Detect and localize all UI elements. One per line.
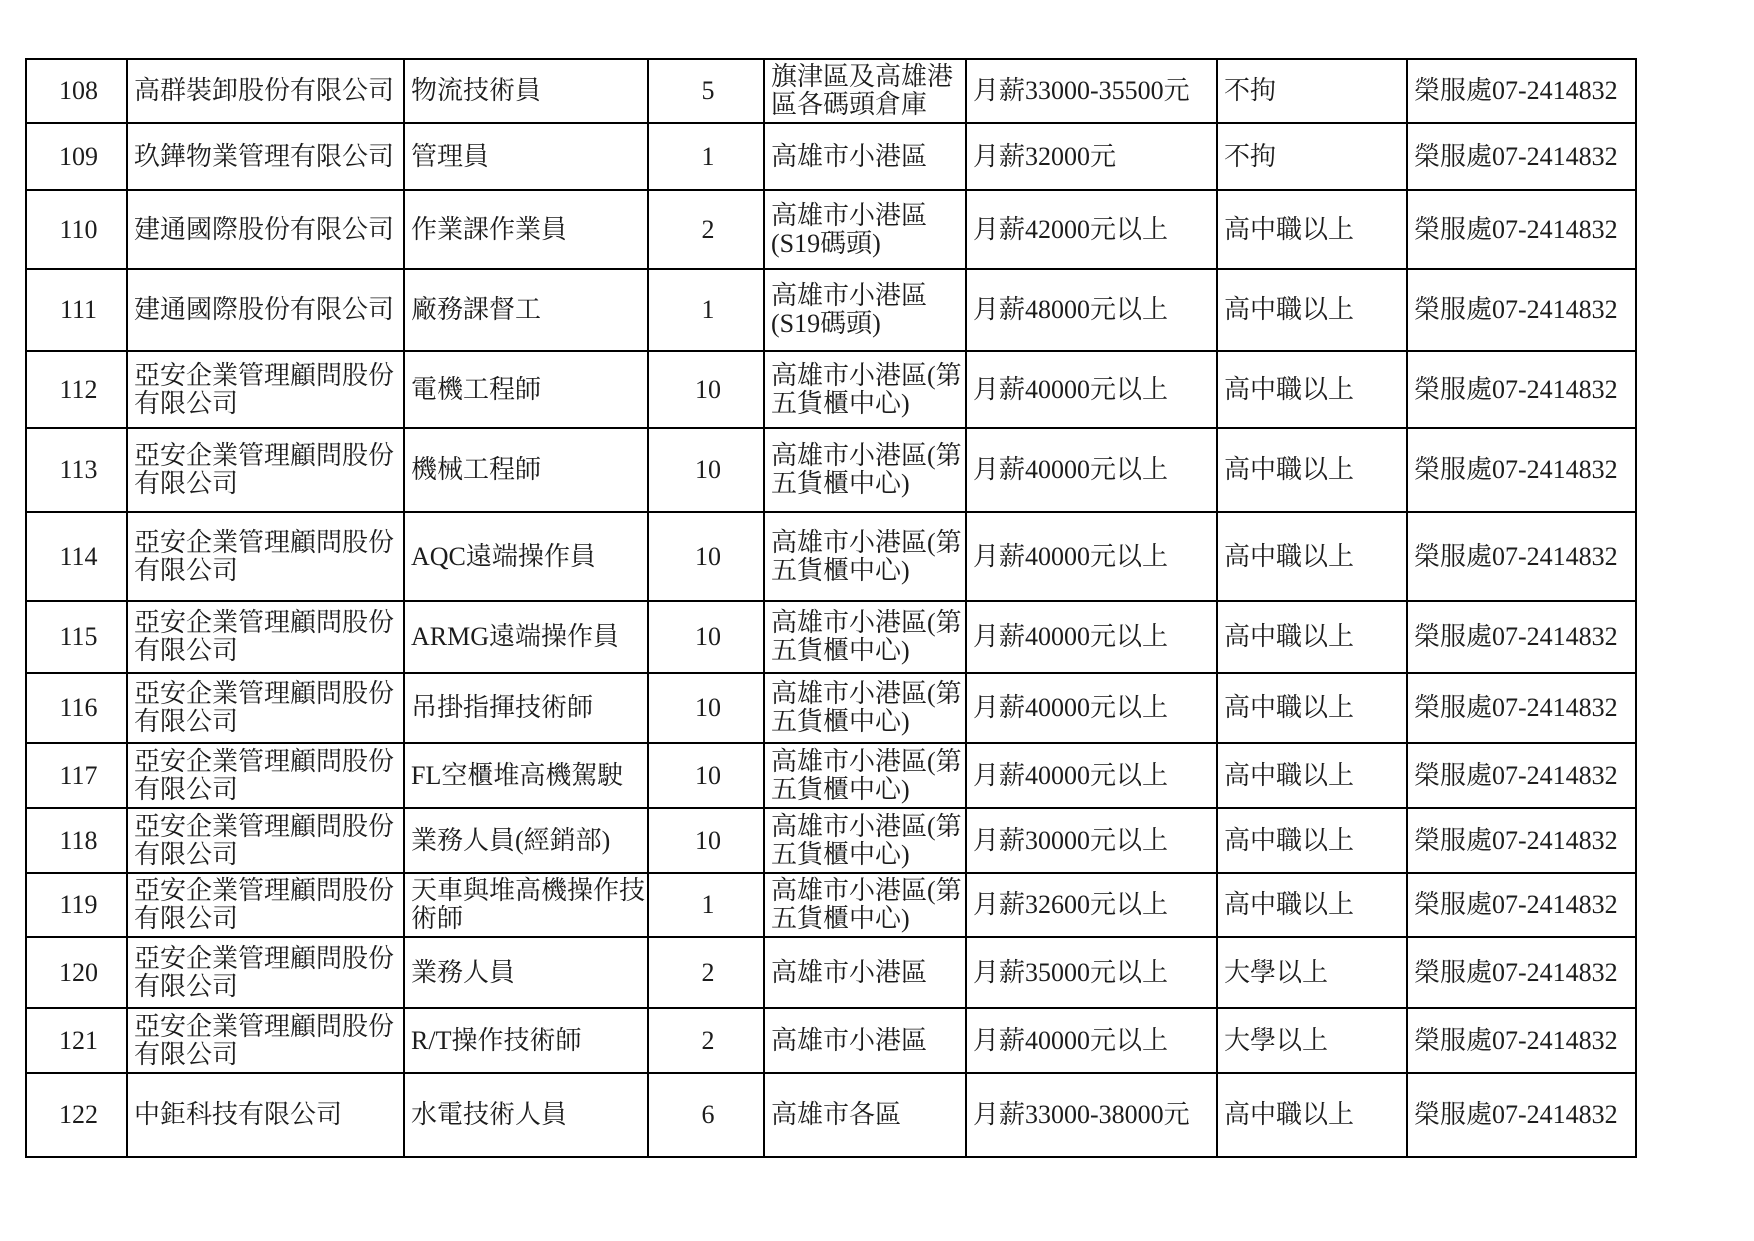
cell-openings-count: 5	[648, 59, 764, 123]
cell-company-name: 玖鏵物業管理有限公司	[127, 123, 404, 190]
cell-work-location: 高雄市小港區(第五貨櫃中心)	[764, 873, 966, 937]
table-row: 121 亞安企業管理顧問股份有限公司 R/T操作技術師 2 高雄市小港區 月薪4…	[26, 1008, 1636, 1073]
cell-openings-count: 10	[648, 428, 764, 512]
cell-row-number: 116	[26, 673, 127, 743]
cell-work-location: 高雄市小港區	[764, 1008, 966, 1073]
cell-openings-count: 2	[648, 190, 764, 269]
cell-job-title: 業務人員	[404, 937, 648, 1008]
cell-education-requirement: 高中職以上	[1217, 873, 1407, 937]
cell-job-title: 廠務課督工	[404, 269, 648, 351]
cell-education-requirement: 大學以上	[1217, 937, 1407, 1008]
table-row: 114 亞安企業管理顧問股份有限公司 AQC遠端操作員 10 高雄市小港區(第五…	[26, 512, 1636, 601]
cell-row-number: 115	[26, 601, 127, 673]
cell-work-location: 高雄市小港區(S19碼頭)	[764, 269, 966, 351]
cell-openings-count: 10	[648, 512, 764, 601]
table-row: 122 中鉅科技有限公司 水電技術人員 6 高雄市各區 月薪33000-3800…	[26, 1073, 1636, 1157]
cell-company-name: 建通國際股份有限公司	[127, 190, 404, 269]
cell-openings-count: 10	[648, 673, 764, 743]
cell-job-title: R/T操作技術師	[404, 1008, 648, 1073]
cell-education-requirement: 大學以上	[1217, 1008, 1407, 1073]
cell-company-name: 亞安企業管理顧問股份有限公司	[127, 428, 404, 512]
cell-job-title: FL空櫃堆高機駕駛	[404, 743, 648, 808]
table-body: 108 高群裝卸股份有限公司 物流技術員 5 旗津區及高雄港區各碼頭倉庫 月薪3…	[26, 59, 1636, 1157]
cell-job-title: ARMG遠端操作員	[404, 601, 648, 673]
cell-salary: 月薪40000元以上	[966, 351, 1217, 428]
cell-row-number: 109	[26, 123, 127, 190]
cell-work-location: 高雄市小港區(第五貨櫃中心)	[764, 351, 966, 428]
cell-salary: 月薪32600元以上	[966, 873, 1217, 937]
table-row: 109 玖鏵物業管理有限公司 管理員 1 高雄市小港區 月薪32000元 不拘 …	[26, 123, 1636, 190]
cell-company-name: 亞安企業管理顧問股份有限公司	[127, 512, 404, 601]
job-listings-table: 108 高群裝卸股份有限公司 物流技術員 5 旗津區及高雄港區各碼頭倉庫 月薪3…	[25, 58, 1637, 1158]
cell-row-number: 120	[26, 937, 127, 1008]
cell-company-name: 亞安企業管理顧問股份有限公司	[127, 743, 404, 808]
cell-contact: 榮服處07-2414832	[1407, 873, 1636, 937]
cell-job-title: AQC遠端操作員	[404, 512, 648, 601]
cell-education-requirement: 不拘	[1217, 59, 1407, 123]
cell-education-requirement: 高中職以上	[1217, 673, 1407, 743]
cell-work-location: 高雄市小港區(第五貨櫃中心)	[764, 673, 966, 743]
cell-work-location: 高雄市小港區	[764, 937, 966, 1008]
cell-job-title: 作業課作業員	[404, 190, 648, 269]
table-row: 116 亞安企業管理顧問股份有限公司 吊掛指揮技術師 10 高雄市小港區(第五貨…	[26, 673, 1636, 743]
table-row: 118 亞安企業管理顧問股份有限公司 業務人員(經銷部) 10 高雄市小港區(第…	[26, 808, 1636, 873]
cell-openings-count: 10	[648, 743, 764, 808]
cell-company-name: 亞安企業管理顧問股份有限公司	[127, 673, 404, 743]
table-row: 117 亞安企業管理顧問股份有限公司 FL空櫃堆高機駕駛 10 高雄市小港區(第…	[26, 743, 1636, 808]
cell-work-location: 高雄市各區	[764, 1073, 966, 1157]
cell-work-location: 高雄市小港區(第五貨櫃中心)	[764, 428, 966, 512]
cell-education-requirement: 高中職以上	[1217, 808, 1407, 873]
cell-contact: 榮服處07-2414832	[1407, 937, 1636, 1008]
table-row: 115 亞安企業管理顧問股份有限公司 ARMG遠端操作員 10 高雄市小港區(第…	[26, 601, 1636, 673]
cell-contact: 榮服處07-2414832	[1407, 123, 1636, 190]
table-row: 110 建通國際股份有限公司 作業課作業員 2 高雄市小港區(S19碼頭) 月薪…	[26, 190, 1636, 269]
cell-company-name: 亞安企業管理顧問股份有限公司	[127, 1008, 404, 1073]
cell-row-number: 119	[26, 873, 127, 937]
cell-salary: 月薪40000元以上	[966, 601, 1217, 673]
cell-row-number: 112	[26, 351, 127, 428]
cell-work-location: 高雄市小港區	[764, 123, 966, 190]
cell-openings-count: 10	[648, 351, 764, 428]
cell-contact: 榮服處07-2414832	[1407, 673, 1636, 743]
cell-salary: 月薪33000-35500元	[966, 59, 1217, 123]
cell-job-title: 管理員	[404, 123, 648, 190]
cell-education-requirement: 高中職以上	[1217, 743, 1407, 808]
cell-openings-count: 10	[648, 601, 764, 673]
table-row: 111 建通國際股份有限公司 廠務課督工 1 高雄市小港區(S19碼頭) 月薪4…	[26, 269, 1636, 351]
cell-job-title: 物流技術員	[404, 59, 648, 123]
cell-openings-count: 2	[648, 937, 764, 1008]
cell-contact: 榮服處07-2414832	[1407, 428, 1636, 512]
cell-job-title: 電機工程師	[404, 351, 648, 428]
cell-company-name: 亞安企業管理顧問股份有限公司	[127, 937, 404, 1008]
table-row: 113 亞安企業管理顧問股份有限公司 機械工程師 10 高雄市小港區(第五貨櫃中…	[26, 428, 1636, 512]
cell-salary: 月薪40000元以上	[966, 673, 1217, 743]
cell-work-location: 高雄市小港區(第五貨櫃中心)	[764, 808, 966, 873]
cell-work-location: 高雄市小港區(第五貨櫃中心)	[764, 512, 966, 601]
cell-work-location: 旗津區及高雄港區各碼頭倉庫	[764, 59, 966, 123]
cell-contact: 榮服處07-2414832	[1407, 601, 1636, 673]
cell-company-name: 亞安企業管理顧問股份有限公司	[127, 351, 404, 428]
cell-row-number: 117	[26, 743, 127, 808]
cell-openings-count: 1	[648, 873, 764, 937]
cell-openings-count: 6	[648, 1073, 764, 1157]
cell-job-title: 水電技術人員	[404, 1073, 648, 1157]
cell-job-title: 業務人員(經銷部)	[404, 808, 648, 873]
cell-contact: 榮服處07-2414832	[1407, 190, 1636, 269]
cell-contact: 榮服處07-2414832	[1407, 351, 1636, 428]
cell-openings-count: 1	[648, 269, 764, 351]
cell-salary: 月薪40000元以上	[966, 512, 1217, 601]
cell-salary: 月薪30000元以上	[966, 808, 1217, 873]
cell-work-location: 高雄市小港區(S19碼頭)	[764, 190, 966, 269]
table-row: 120 亞安企業管理顧問股份有限公司 業務人員 2 高雄市小港區 月薪35000…	[26, 937, 1636, 1008]
cell-job-title: 機械工程師	[404, 428, 648, 512]
cell-work-location: 高雄市小港區(第五貨櫃中心)	[764, 743, 966, 808]
document-page: 108 高群裝卸股份有限公司 物流技術員 5 旗津區及高雄港區各碼頭倉庫 月薪3…	[0, 0, 1754, 1241]
table-row: 112 亞安企業管理顧問股份有限公司 電機工程師 10 高雄市小港區(第五貨櫃中…	[26, 351, 1636, 428]
cell-education-requirement: 高中職以上	[1217, 269, 1407, 351]
cell-job-title: 天車與堆高機操作技術師	[404, 873, 648, 937]
cell-contact: 榮服處07-2414832	[1407, 59, 1636, 123]
cell-row-number: 118	[26, 808, 127, 873]
cell-openings-count: 1	[648, 123, 764, 190]
cell-company-name: 亞安企業管理顧問股份有限公司	[127, 808, 404, 873]
cell-row-number: 108	[26, 59, 127, 123]
cell-company-name: 亞安企業管理顧問股份有限公司	[127, 601, 404, 673]
cell-salary: 月薪42000元以上	[966, 190, 1217, 269]
cell-row-number: 122	[26, 1073, 127, 1157]
table-row: 108 高群裝卸股份有限公司 物流技術員 5 旗津區及高雄港區各碼頭倉庫 月薪3…	[26, 59, 1636, 123]
cell-contact: 榮服處07-2414832	[1407, 1073, 1636, 1157]
cell-contact: 榮服處07-2414832	[1407, 808, 1636, 873]
cell-work-location: 高雄市小港區(第五貨櫃中心)	[764, 601, 966, 673]
table-row: 119 亞安企業管理顧問股份有限公司 天車與堆高機操作技術師 1 高雄市小港區(…	[26, 873, 1636, 937]
cell-row-number: 114	[26, 512, 127, 601]
cell-education-requirement: 不拘	[1217, 123, 1407, 190]
cell-education-requirement: 高中職以上	[1217, 601, 1407, 673]
cell-salary: 月薪48000元以上	[966, 269, 1217, 351]
cell-salary: 月薪35000元以上	[966, 937, 1217, 1008]
cell-contact: 榮服處07-2414832	[1407, 269, 1636, 351]
cell-job-title: 吊掛指揮技術師	[404, 673, 648, 743]
cell-openings-count: 10	[648, 808, 764, 873]
cell-salary: 月薪33000-38000元	[966, 1073, 1217, 1157]
cell-row-number: 110	[26, 190, 127, 269]
cell-row-number: 111	[26, 269, 127, 351]
cell-education-requirement: 高中職以上	[1217, 1073, 1407, 1157]
cell-contact: 榮服處07-2414832	[1407, 1008, 1636, 1073]
cell-openings-count: 2	[648, 1008, 764, 1073]
cell-education-requirement: 高中職以上	[1217, 428, 1407, 512]
cell-row-number: 121	[26, 1008, 127, 1073]
cell-education-requirement: 高中職以上	[1217, 190, 1407, 269]
cell-salary: 月薪32000元	[966, 123, 1217, 190]
cell-education-requirement: 高中職以上	[1217, 512, 1407, 601]
cell-contact: 榮服處07-2414832	[1407, 743, 1636, 808]
cell-company-name: 建通國際股份有限公司	[127, 269, 404, 351]
cell-contact: 榮服處07-2414832	[1407, 512, 1636, 601]
cell-row-number: 113	[26, 428, 127, 512]
cell-education-requirement: 高中職以上	[1217, 351, 1407, 428]
cell-salary: 月薪40000元以上	[966, 428, 1217, 512]
cell-salary: 月薪40000元以上	[966, 1008, 1217, 1073]
cell-company-name: 亞安企業管理顧問股份有限公司	[127, 873, 404, 937]
cell-salary: 月薪40000元以上	[966, 743, 1217, 808]
cell-company-name: 中鉅科技有限公司	[127, 1073, 404, 1157]
cell-company-name: 高群裝卸股份有限公司	[127, 59, 404, 123]
